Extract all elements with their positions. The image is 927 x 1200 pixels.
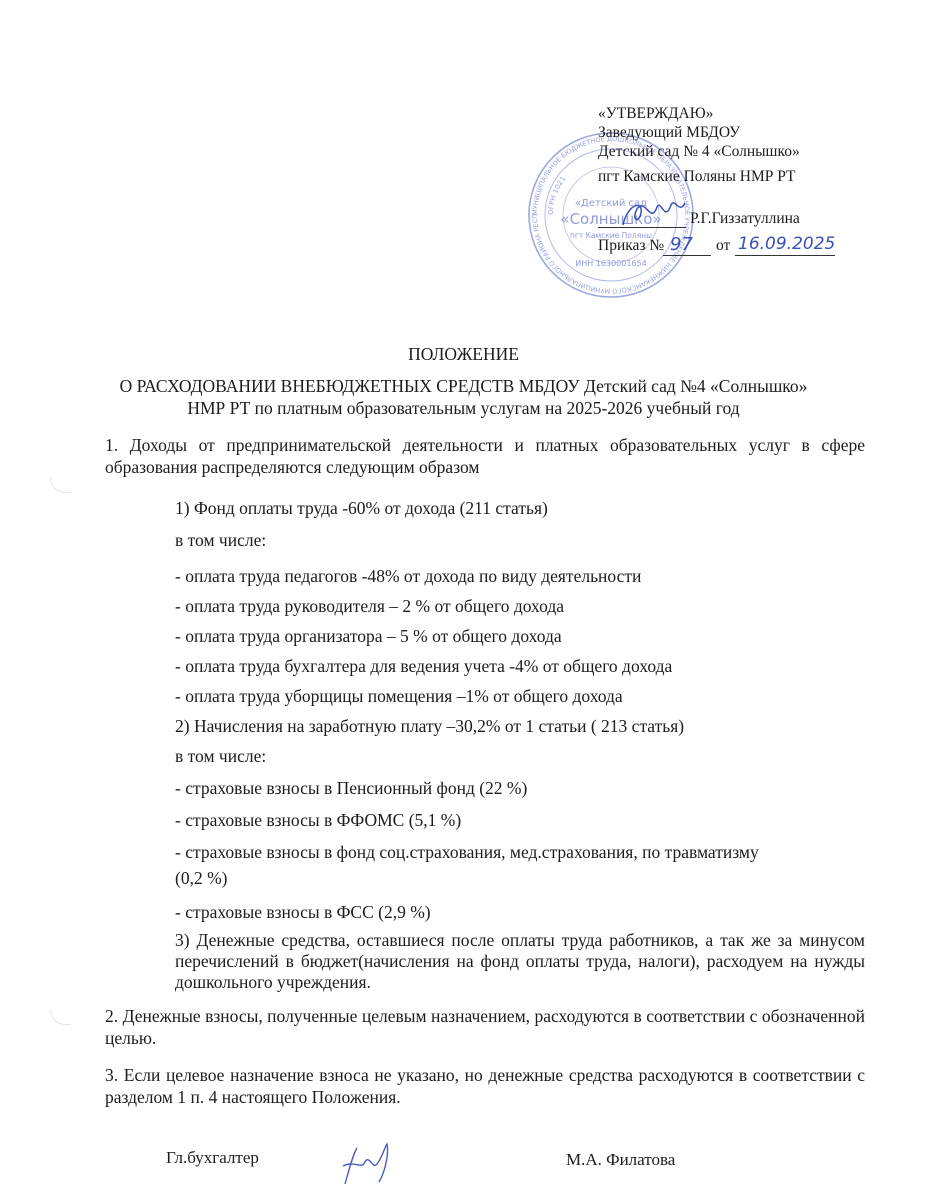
approval-signatory: Р.Г.Гиззатуллина [690,210,800,228]
approval-heading: «УТВЕРЖДАЮ» [598,104,800,123]
approval-order-label: Приказ № [598,237,664,255]
item-2-line: (0,2 %) [175,868,227,889]
approval-block: «УТВЕРЖДАЮ» Заведующий МБДОУ Детский сад… [598,104,800,186]
director-signature [615,195,695,235]
document-subtitle-line2: НМР РТ по платным образовательным услуга… [0,398,927,419]
director-signature-line [598,227,686,228]
item-2-line: - страховые взносы в ФСС (2,9 %) [175,902,431,923]
item-1-including: в том числе: [175,530,266,551]
item-1-line: - оплата труда уборщицы помещения –1% от… [175,686,623,707]
scan-mark [50,478,71,493]
item-1-line: - оплата труда организатора – 5 % от общ… [175,626,562,647]
item-2-title: 2) Начисления на заработную плату –30,2%… [175,716,684,737]
approval-org: Детский сад № 4 «Солнышко» [598,142,800,161]
footer-name: М.А. Филатова [566,1150,675,1170]
section-1-intro: 1. Доходы от предпринимательской деятель… [105,434,865,478]
item-3: 3) Денежные средства, оставшиеся после о… [175,930,865,993]
order-date: 16.09.2025 [738,234,835,254]
accountant-signature [335,1140,405,1190]
item-1-line: - оплата труда педагогов -48% от дохода … [175,566,641,587]
approval-location: пгт Камские Поляны НМР РТ [598,167,800,186]
order-number-line [663,255,711,256]
approval-date-label: от [716,237,730,255]
section-3: 3. Если целевое назначение взноса не ука… [105,1064,865,1108]
item-1-title: 1) Фонд оплаты труда -60% от дохода (211… [175,498,548,519]
item-2-line: - страховые взносы в фонд соц.страховани… [175,842,759,863]
order-number: 97 [670,234,693,255]
scan-mark [50,1010,71,1025]
scanned-document-page: МУНИЦИПАЛЬНОЕ БЮДЖЕТНОЕ ДОШКОЛЬНОЕ ОБРАЗ… [0,0,927,1200]
approval-position: Заведующий МБДОУ [598,123,800,142]
item-1-line: - оплата труда руководителя – 2 % от общ… [175,596,564,617]
item-2-line: - страховые взносы в Пенсионный фонд (22… [175,778,527,799]
item-1-line: - оплата труда бухгалтера для ведения уч… [175,656,672,677]
section-2: 2. Денежные взносы, полученные целевым н… [105,1005,865,1049]
item-2-line: - страховые взносы в ФФОМС (5,1 %) [175,810,461,831]
document-title: ПОЛОЖЕНИЕ [0,344,927,365]
svg-text:ИНН 1630001654: ИНН 1630001654 [575,259,646,268]
document-subtitle-line1: О РАСХОДОВАНИИ ВНЕБЮДЖЕТНЫХ СРЕДСТВ МБДО… [0,376,927,397]
footer-position: Гл.бухгалтер [166,1148,259,1168]
item-2-including: в том числе: [175,746,266,767]
order-date-line [735,255,835,256]
